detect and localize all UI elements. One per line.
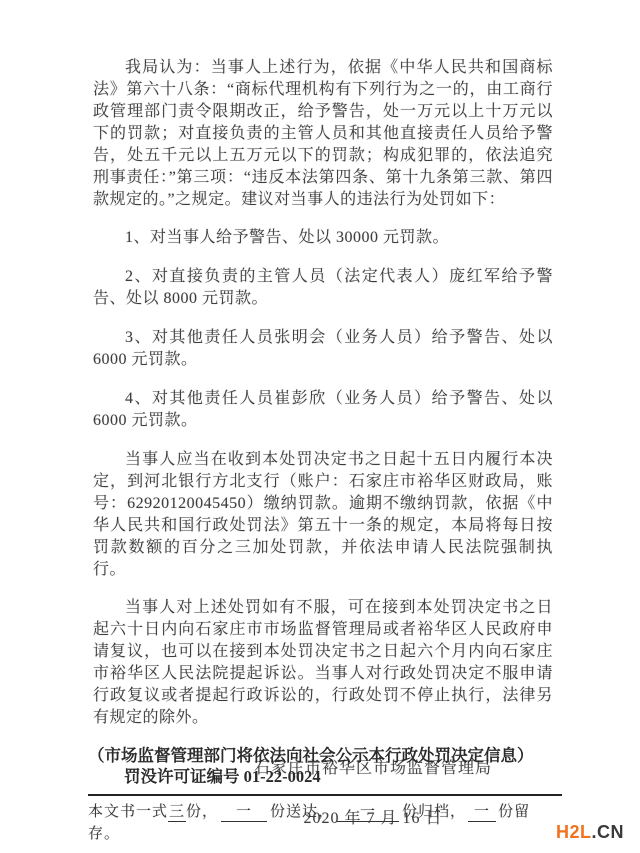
delivery-count-blank: 一 <box>221 804 267 822</box>
h2l-watermark: H2L.CN <box>556 822 624 843</box>
penalty-decision-page: 我局认为：当事人上述行为，依据《中华人民共和国商标法》第六十八条：“商标代理机构… <box>0 0 640 853</box>
penalty-item-3: 3、对其他责任人员张明会（业务人员）给予警告、处以 6000 元罚款。 <box>93 327 553 371</box>
retain-count-blank: 一 <box>468 804 496 822</box>
penalty-item-2: 2、对直接负责的主管人员（法定代表人）庞红军给予警告、处以 8000 元罚款。 <box>93 266 553 310</box>
paragraph-payment-instructions: 当事人应当在收到本处罚决定书之日起十五日内履行本决定，到河北银行方北支行（账户：… <box>93 449 553 581</box>
copies-lead-text: 本文书一式 <box>88 804 168 820</box>
watermark-name: H2L <box>556 822 592 842</box>
public-disclosure-notice: （市场监督管理部门将依法向社会公示本行政处罚决定信息） <box>88 745 562 766</box>
copies-seg3: 份归档， <box>402 804 466 820</box>
penalty-item-4: 4、对其他责任人员崔彭欣（业务人员）给予警告、处以 6000 元罚款。 <box>93 388 553 432</box>
divider-line <box>88 794 562 796</box>
copies-distribution-note: 本文书一式三份，一份送达，一份归档，一份留存。 <box>88 801 562 845</box>
copies-count-blank: 三 <box>168 804 186 822</box>
document-body: 我局认为：当事人上述行为，依据《中华人民共和国商标法》第六十八条：“商标代理机构… <box>93 57 553 828</box>
document-footer-section: （市场监督管理部门将依法向社会公示本行政处罚决定信息） 罚没许可证编号 01-2… <box>88 745 562 845</box>
copies-seg1: 份， <box>186 804 218 820</box>
penalty-item-1: 1、对当事人给予警告、处以 30000 元罚款。 <box>93 227 553 249</box>
archive-count-blank: 一 <box>337 804 399 822</box>
paragraph-legal-basis: 我局认为：当事人上述行为，依据《中华人民共和国商标法》第六十八条：“商标代理机构… <box>93 57 553 211</box>
paragraph-appeal-rights: 当事人对上述处罚如有不服，可在接到本处罚决定书之日起六十日内向石家庄市市场监督管… <box>93 597 553 729</box>
license-number: 罚没许可证编号 01-22-0024 <box>124 766 562 787</box>
watermark-tld: .CN <box>592 822 625 842</box>
copies-seg2: 份送达， <box>270 804 334 820</box>
